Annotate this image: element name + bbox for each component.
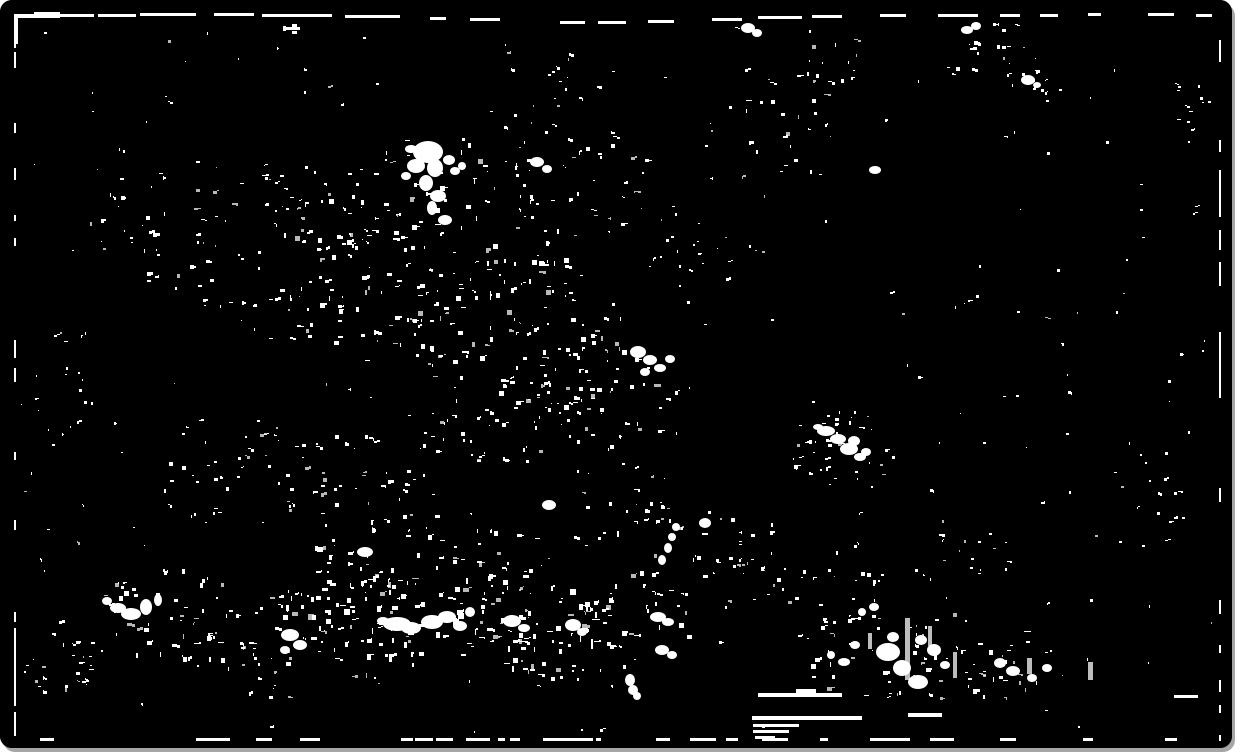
speck [474,731,475,733]
particle-blob [465,607,475,617]
speck [1178,86,1181,88]
speck [417,320,419,321]
speck [858,40,861,42]
speck [652,591,655,592]
speck [101,650,103,652]
label-remnant-blotch [1027,674,1037,682]
speck [924,575,925,576]
speck [242,301,244,305]
speck [203,242,204,244]
speck [729,277,731,280]
speck [547,323,549,325]
speck [340,605,346,606]
speck [37,398,39,399]
speck [943,560,946,561]
speck [1202,350,1204,352]
speck [636,573,637,574]
speck [421,602,425,607]
speck [477,561,482,563]
speck [251,449,254,452]
frame-segment [690,738,716,741]
speck [478,159,483,164]
particle-blob [419,175,433,191]
speck [607,642,611,646]
speck [899,691,901,695]
speck [277,47,278,50]
speck [528,611,531,616]
label-remnant-blotch [915,635,927,645]
speck [121,196,125,200]
speck [591,434,595,436]
speck [1180,119,1181,120]
speck [391,568,394,573]
speck [521,647,526,650]
speck [375,217,376,220]
speck [1002,46,1006,49]
speck [297,208,298,210]
label-remnant-line [908,713,942,717]
speck [352,195,355,199]
frame-segment [14,215,16,221]
speck [637,466,639,468]
speck [337,235,341,239]
speck [659,625,660,630]
speck [664,478,665,479]
frame-segment [466,738,490,741]
speck [387,273,392,276]
speck [547,357,549,359]
speck [221,658,225,663]
speck [410,318,412,320]
speck [119,148,120,151]
speck [502,423,506,427]
speck [892,456,895,459]
speck [854,545,857,548]
frame-corner [14,14,18,44]
speck [974,41,978,45]
frame-segment [1219,680,1221,692]
speck [664,506,665,509]
speck [183,634,184,639]
speck [828,457,831,459]
speck [330,289,334,291]
speck [874,599,875,602]
speck [577,440,580,444]
speck [915,644,916,647]
speck [662,430,665,431]
speck [638,191,641,193]
speck [79,662,83,664]
speck [571,292,573,294]
speck [121,452,123,453]
speck [64,621,65,622]
speck [494,531,498,536]
speck [407,581,408,585]
speck [325,280,329,283]
speck [556,668,561,672]
speck [397,215,398,217]
speck [786,132,790,136]
particle-blob [280,646,290,654]
speck [461,150,462,155]
speck [588,473,589,474]
label-remnant-bar [953,652,957,678]
speck [531,199,534,201]
speck [783,113,785,116]
speck [453,598,456,600]
speck [352,676,355,677]
speck [677,250,678,253]
speck [507,52,510,54]
speck [1012,84,1013,87]
speck [276,427,278,429]
speck [243,646,244,650]
speck [925,626,927,629]
speck [352,610,355,613]
speck [507,310,512,315]
speck [316,571,321,573]
speck [749,141,751,145]
speck [458,331,463,335]
speck [371,654,374,655]
speck [35,398,37,400]
label-remnant-blotch [850,641,860,649]
speck [335,503,339,507]
speck [597,619,600,620]
speck [835,43,836,47]
speck [429,269,433,271]
speck [213,191,217,194]
speck [104,219,106,221]
speck [505,44,506,46]
speck [712,177,713,180]
speck [838,423,839,425]
speck [729,106,732,109]
speck [445,313,446,314]
speck [571,54,574,57]
speck [972,68,975,71]
speck [350,563,353,565]
speck [152,230,155,233]
speck [582,98,583,101]
speck [608,218,610,219]
speck [739,532,741,533]
speck [353,551,354,553]
label-remnant-line [753,724,799,727]
speck [1189,111,1190,112]
speck [725,606,727,609]
speck [81,335,82,338]
speck [151,272,153,275]
speck [599,640,601,642]
speck [452,415,455,416]
speck [321,200,323,203]
speck [327,562,331,564]
speck [651,476,653,478]
speck [569,402,571,404]
frame-segment [415,738,433,741]
speck [390,611,393,614]
speck [616,646,617,647]
speck [325,610,328,613]
speck [196,161,200,163]
speck [494,260,498,264]
speck [687,301,690,304]
speck [1181,491,1183,493]
speck [897,693,898,696]
speck [399,498,400,501]
speck [397,280,402,282]
speck [72,655,75,656]
speck [981,674,983,675]
speck [719,641,722,644]
speck [385,591,387,592]
speck [613,136,617,137]
speck [930,694,933,697]
speck [180,615,184,617]
speck [116,633,117,636]
speck [407,155,410,156]
speck [430,346,434,351]
particle-blob [654,364,666,372]
speck [304,68,305,71]
speck [888,671,890,674]
speck [731,518,735,522]
speck [957,647,958,650]
frame-segment [401,738,413,741]
frame-segment [1219,645,1221,653]
speck [207,465,210,466]
speck [118,582,119,584]
speck [751,559,754,560]
speck [280,175,284,177]
speck [264,165,265,166]
speck [861,572,865,576]
speck [490,111,493,112]
speck [80,641,81,643]
speck [370,585,372,588]
speck [834,576,835,577]
speck [514,114,517,117]
speck [587,408,591,410]
speck [812,99,816,103]
speck [653,475,654,478]
speck [569,292,571,294]
frame-segment [1219,170,1221,217]
speck [1188,431,1190,434]
speck [207,577,208,580]
frame-corner [34,12,60,18]
speck [360,169,361,170]
speck [594,210,597,211]
speck [572,670,574,672]
speck [421,319,422,322]
speck [590,388,595,391]
speck [529,170,530,171]
speck [582,324,584,326]
particle-blob [869,166,881,174]
speck [1066,433,1069,435]
speck [1033,88,1034,90]
frame-segment [1148,13,1174,16]
speck [978,643,980,645]
speck [485,409,489,411]
label-remnant-blotch [1042,664,1052,672]
speck [1019,681,1021,685]
speck [546,307,547,308]
speck [872,615,876,618]
speck [493,244,498,249]
speck [381,605,382,608]
speck [70,426,71,428]
speck [739,541,742,542]
label-remnant-blotch [908,675,928,689]
speck [417,553,420,558]
speck [545,407,547,408]
speck [579,97,582,99]
speck [321,249,322,250]
speck [533,634,536,639]
speck [612,645,616,647]
frame-segment [300,738,320,741]
speck [728,261,731,262]
speck [206,299,208,301]
speck [531,216,534,219]
speck [743,573,744,574]
speck [374,441,377,443]
speck [574,396,577,400]
speck [435,515,440,518]
speck [542,663,544,665]
speck [77,421,79,424]
speck [324,492,327,495]
speck [418,578,419,579]
speck [607,318,609,321]
speck [564,258,569,263]
speck [336,603,339,607]
speck [443,540,445,541]
speck [1078,726,1080,728]
frame-segment [1219,488,1221,502]
speck [318,238,322,243]
speck [315,546,318,551]
speck [595,330,600,332]
speck [151,186,152,188]
speck [448,597,453,599]
speck [942,540,943,542]
particle-blob [664,543,672,553]
frame-segment [880,14,906,17]
speck [655,602,657,606]
speck [879,627,880,630]
speck [979,673,983,674]
speck [253,648,256,649]
speck [329,555,332,560]
speck [544,307,546,308]
speck [205,220,207,221]
speck [319,626,321,631]
speck [365,435,368,439]
speck [391,480,394,483]
speck [446,312,449,314]
speck [648,510,650,513]
speck [390,162,393,163]
speck [820,657,822,660]
speck [528,399,530,400]
speck [608,615,612,616]
speck [1050,650,1052,652]
speck [308,614,314,620]
speck [636,504,637,505]
speck [923,574,924,576]
speck [343,305,344,307]
speck [1047,603,1048,605]
speck [885,449,888,452]
speck [213,512,215,515]
speck [258,663,260,666]
speck [454,546,457,548]
speck [822,423,826,424]
frame-segment [470,18,500,21]
speck [426,527,427,529]
speck [612,597,613,600]
speck [1195,206,1198,207]
speck [155,276,158,278]
speck [1177,119,1180,120]
speck [800,425,802,426]
speck [435,224,438,225]
speck [399,213,401,216]
speck [612,71,615,72]
speck [196,481,199,483]
speck [351,587,354,589]
speck [552,124,555,125]
speck [537,397,540,398]
speck [523,586,524,587]
speck [601,336,603,341]
speck [764,195,765,198]
speck [579,604,583,610]
speck [101,219,104,223]
speck [1193,213,1195,215]
speck [1114,69,1115,72]
speck [622,631,627,636]
speck [859,513,860,515]
speck [387,520,390,523]
speck [397,238,400,241]
speck [236,614,239,618]
speck [802,634,803,636]
speck [610,593,612,594]
speck [820,469,822,471]
speck [813,80,815,83]
speck [523,575,529,578]
speck [617,368,619,370]
speck [582,347,583,351]
speck [885,119,887,122]
speck [405,490,408,493]
speck [565,265,569,268]
speck [365,592,366,593]
speck [579,151,580,155]
speck [459,288,464,289]
speck [819,174,822,175]
speck [384,203,389,206]
speck [582,492,584,493]
speck [207,636,211,641]
speck [1048,318,1051,319]
speck [635,156,637,158]
